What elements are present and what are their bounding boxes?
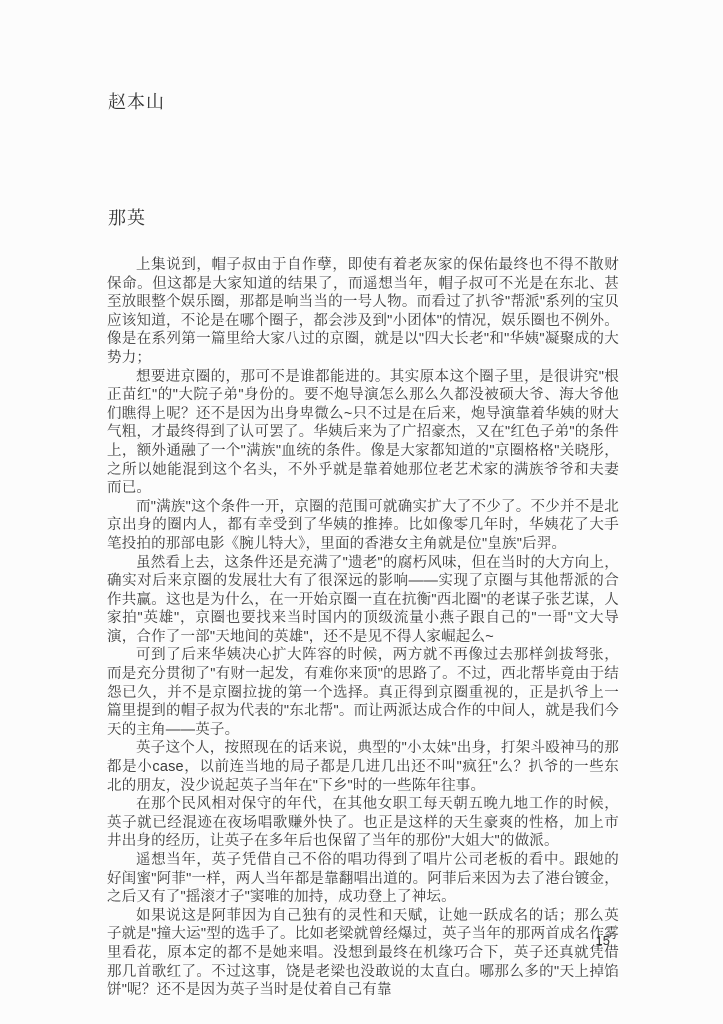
paragraph: 想要进京圈的，那可不是谁都能进的。其实原本这个圈子里，是很讲究"根正苗红"的"大… — [107, 368, 619, 498]
paragraph: 如果说这是阿菲因为自己独有的灵性和天赋，让她一跃成名的话；那么英子就是"撞大运"… — [107, 907, 619, 1000]
paragraph: 而"满族"这个条件一开，京圈的范围可就确实扩大了不少了。不少并不是北京出身的圈内… — [107, 498, 619, 554]
document-page: 赵本山 那英 上集说到，帽子叔由于自作孽，即使有着老灰家的保佑最终也不得不散财保… — [0, 0, 723, 1024]
paragraph: 在那个民风相对保守的年代，在其他女职工每天朝五晚九地工作的时候，英子就已经混迹在… — [107, 795, 619, 851]
paragraph: 可到了后来华姨决心扩大阵容的时候，两方就不再像过去那样剑拔弩张，而是充分贯彻了"… — [107, 646, 619, 739]
paragraph: 虽然看上去，这条件还是充满了"遗老"的腐朽风味，但在当时的大方向上，确实对后来京… — [107, 554, 619, 647]
paragraph: 英子这个人，按照现在的话来说，典型的"小太妹"出身，打架斗殴神马的那都是小cas… — [107, 739, 619, 795]
paragraph: 上集说到，帽子叔由于自作孽，即使有着老灰家的保佑最终也不得不散财保命。但这都是大… — [107, 256, 619, 368]
section-heading-na-ying: 那英 — [108, 204, 146, 230]
article-body: 上集说到，帽子叔由于自作孽，即使有着老灰家的保佑最终也不得不散财保命。但这都是大… — [107, 256, 619, 1000]
page-number: 15 — [107, 933, 610, 948]
paragraph: 遥想当年，英子凭借自己不俗的唱功得到了唱片公司老板的看中。跟她的好闺蜜"阿菲"一… — [107, 851, 619, 907]
section-heading-zhao-ben-shan: 赵本山 — [108, 88, 165, 114]
